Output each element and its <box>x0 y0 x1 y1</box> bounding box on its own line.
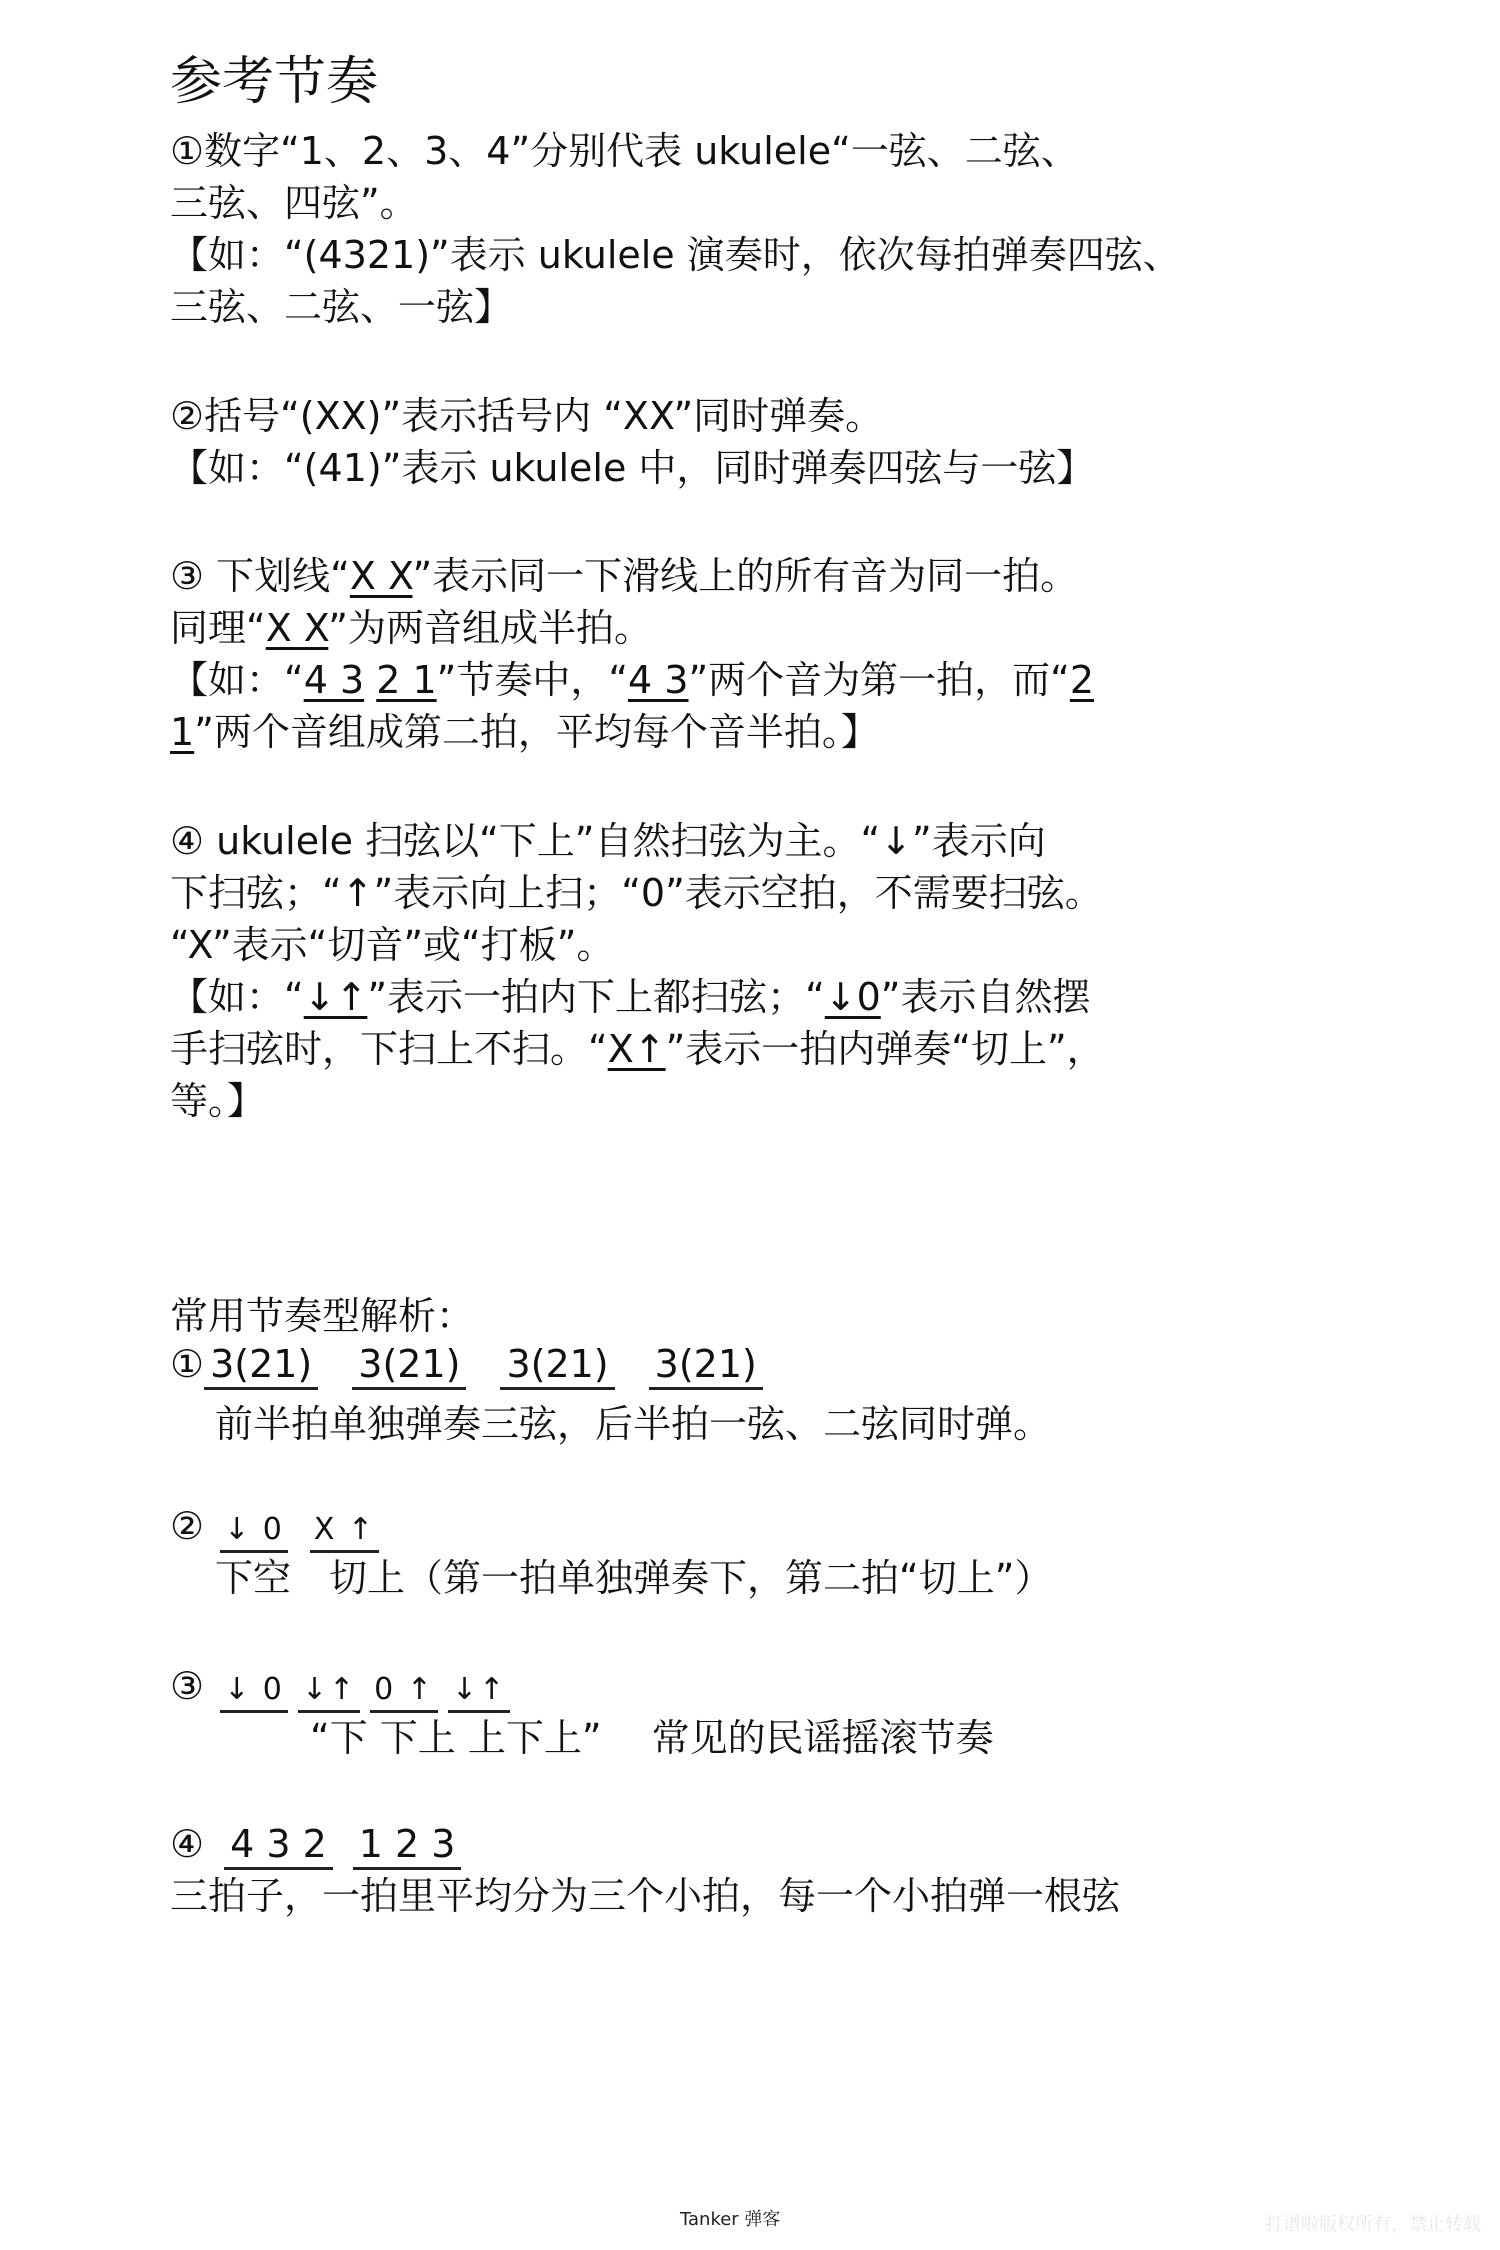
rule-1-line-1: ①数字“1、2、3、4”分别代表 ukulele“一弦、二弦、 <box>170 125 1079 177</box>
underlined-notation: 4 3 <box>304 658 364 702</box>
rule-2-example-1: 【如：“(41)”表示 ukulele 中，同时弹奏四弦与一弦】 <box>170 442 1094 494</box>
rule-1-example-2: 三弦、二弦、一弦】 <box>170 281 512 333</box>
pattern-1-notation: ①3(21)3(21)3(21)3(21) <box>170 1338 797 1390</box>
pattern-marker: ③ <box>170 1664 206 1708</box>
pattern-2-notation: ②↓ 0X ↑ <box>170 1500 401 1556</box>
text: ”两个音为第一拍，而“ <box>688 658 1069 702</box>
text: ”两个音组成第二拍，平均每个音半拍。】 <box>194 710 879 754</box>
text: ”表示自然摆 <box>881 975 1091 1019</box>
underlined-notation: ↓0 <box>825 975 881 1019</box>
underlined-notation: X↑ <box>608 1027 666 1071</box>
rule-4-line-1: ④ ukulele 扫弦以“下上”自然扫弦为主。“↓”表示向 <box>170 815 1046 867</box>
rule-4-line-2: 下扫弦；“↑”表示向上扫；“0”表示空拍，不需要扫弦。 <box>170 867 1103 919</box>
pattern-4-notation: ④4 3 21 2 3 <box>170 1818 495 1870</box>
text: ”表示一拍内下上都扫弦；“ <box>367 975 824 1019</box>
beat-group: 3(21) <box>649 1341 763 1390</box>
beat-group: 3(21) <box>352 1341 466 1390</box>
text: 【如：“ <box>170 658 304 702</box>
text: ”节奏中，“ <box>437 658 628 702</box>
pattern-marker: ④ <box>170 1822 204 1866</box>
underlined-notation: 2 <box>1070 658 1094 702</box>
page-title: 参考节奏 <box>170 52 378 112</box>
beat-group: ↓↑ <box>448 1670 510 1713</box>
rule-4-example-3: 等。】 <box>170 1075 265 1127</box>
rule-3-line-2: 同理“X X”为两音组成半拍。 <box>170 602 652 654</box>
text: 同理“ <box>170 606 266 650</box>
rule-3-example-1: 【如：“4 3 2 1”节奏中，“4 3”两个音为第一拍，而“2 <box>170 654 1094 706</box>
rule-3-example-2: 1”两个音组成第二拍，平均每个音半拍。】 <box>170 706 879 758</box>
pattern-4-description: 三拍子，一拍里平均分为三个小拍，每一个小拍弹一根弦 <box>170 1870 1120 1922</box>
beat-group: 3(21) <box>500 1341 614 1390</box>
underlined-notation: X X <box>266 606 329 650</box>
beat-group: 3(21) <box>204 1341 318 1390</box>
rule-1-line-2: 三弦、四弦”。 <box>170 177 418 229</box>
beat-group: ↓ 0 <box>220 1510 288 1553</box>
pattern-3-description: “下 下上 上下上” 常见的民谣摇滚节奏 <box>310 1712 994 1764</box>
beat-group: 1 2 3 <box>353 1821 462 1870</box>
pattern-1-description: 前半拍单独弹奏三弦，后半拍一弦、二弦同时弹。 <box>215 1398 1051 1450</box>
beat-group: 4 3 2 <box>224 1821 333 1870</box>
rule-4-line-3: “X”表示“切音”或“打板”。 <box>170 919 614 971</box>
rule-4-example-1: 【如：“↓↑”表示一拍内下上都扫弦；“↓0”表示自然摆 <box>170 971 1090 1023</box>
rule-1-example-1: 【如：“(4321)”表示 ukulele 演奏时，依次每拍弹奏四弦、 <box>170 229 1181 281</box>
underlined-notation: ↓↑ <box>304 975 368 1019</box>
text: 手扫弦时，下扫上不扫。“ <box>170 1027 608 1071</box>
underlined-notation: X X <box>350 554 413 598</box>
rule-2-line-1: ②括号“(XX)”表示括号内 “XX”同时弹奏。 <box>170 390 883 442</box>
pattern-3-notation: ③↓ 0↓↑0 ↑↓↑ <box>170 1660 532 1716</box>
rule-3-line-1: ③ 下划线“X X”表示同一下滑线上的所有音为同一拍。 <box>170 550 1078 602</box>
document-page: 参考节奏 ①数字“1、2、3、4”分别代表 ukulele“一弦、二弦、 三弦、… <box>0 0 1500 2250</box>
underlined-notation: 1 <box>170 710 194 754</box>
beat-group: 0 ↑ <box>370 1670 438 1713</box>
pattern-2-description: 下空 切上（第一拍单独弹奏下，第二拍“切上”） <box>215 1552 1052 1604</box>
watermark: 打谱啦版权所有，禁止转载 <box>1265 2210 1481 2236</box>
underlined-notation: 2 1 <box>376 658 436 702</box>
text: ”为两音组成半拍。 <box>328 606 652 650</box>
text: 【如：“ <box>170 975 304 1019</box>
footer-brand: Tanker 弹客 <box>680 2205 780 2231</box>
rule-4-example-2: 手扫弦时，下扫上不扫。“X↑”表示一拍内弹奏“切上”， <box>170 1023 1105 1075</box>
patterns-heading: 常用节奏型解析： <box>170 1290 474 1342</box>
pattern-marker: ① <box>170 1342 204 1386</box>
text: ”表示同一下滑线上的所有音为同一拍。 <box>412 554 1078 598</box>
text: ③ 下划线“ <box>170 554 350 598</box>
beat-group: ↓↑ <box>298 1670 360 1713</box>
beat-group: X ↑ <box>310 1510 379 1553</box>
beat-group: ↓ 0 <box>220 1670 288 1713</box>
text: ”表示一拍内弹奏“切上”， <box>666 1027 1105 1071</box>
pattern-marker: ② <box>170 1504 206 1548</box>
underlined-notation: 4 3 <box>628 658 688 702</box>
